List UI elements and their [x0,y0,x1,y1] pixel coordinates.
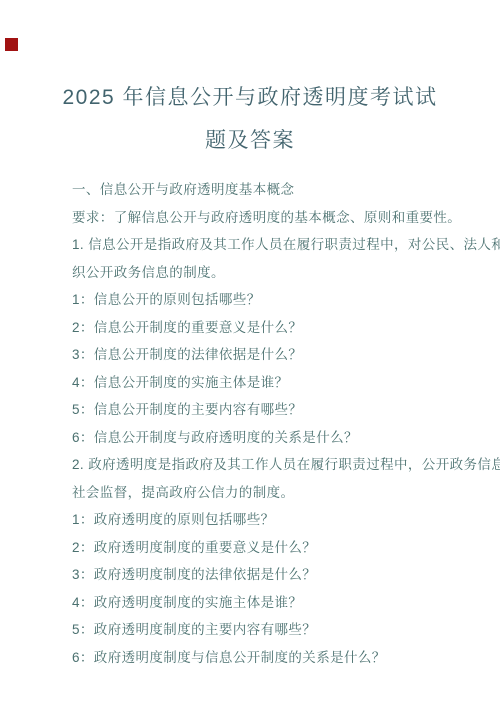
question-line: 6：政府透明度制度与信息公开制度的关系是什么？ [72,644,470,672]
question-line: 4：政府透明度制度的实施主体是谁？ [72,589,470,617]
body-line: 1. 信息公开是指政府及其工作人员在履行职责过程中，对公民、法人和其他组 [72,231,470,259]
document-title-line-2: 题及答案 [0,119,500,162]
document-title: 2025 年信息公开与政府透明度考试试 题及答案 [0,76,500,162]
question-line: 3：政府透明度制度的法律依据是什么？ [72,561,470,589]
body-line: 社会监督，提高政府公信力的制度。 [72,479,470,507]
document-page: 2025 年信息公开与政府透明度考试试 题及答案 一、信息公开与政府透明度基本概… [0,0,500,707]
document-title-line-1: 2025 年信息公开与政府透明度考试试 [0,76,500,119]
question-line: 2：政府透明度制度的重要意义是什么？ [72,534,470,562]
question-line: 1：政府透明度的原则包括哪些？ [72,506,470,534]
section-heading: 一、信息公开与政府透明度基本概念 [72,176,470,204]
body-line: 2. 政府透明度是指政府及其工作人员在履行职责过程中，公开政务信息，接受 [72,451,470,479]
red-square-marker [5,38,18,51]
question-line: 6：信息公开制度与政府透明度的关系是什么？ [72,424,470,452]
question-line: 5：政府透明度制度的主要内容有哪些？ [72,616,470,644]
question-line: 4：信息公开制度的实施主体是谁？ [72,369,470,397]
requirement-line: 要求：了解信息公开与政府透明度的基本概念、原则和重要性。 [72,204,470,232]
body-line: 织公开政务信息的制度。 [72,259,470,287]
question-line: 3：信息公开制度的法律依据是什么？ [72,341,470,369]
question-line: 5：信息公开制度的主要内容有哪些？ [72,396,470,424]
document-body: 一、信息公开与政府透明度基本概念 要求：了解信息公开与政府透明度的基本概念、原则… [0,176,500,671]
question-line: 2：信息公开制度的重要意义是什么？ [72,314,470,342]
question-line: 1：信息公开的原则包括哪些？ [72,286,470,314]
